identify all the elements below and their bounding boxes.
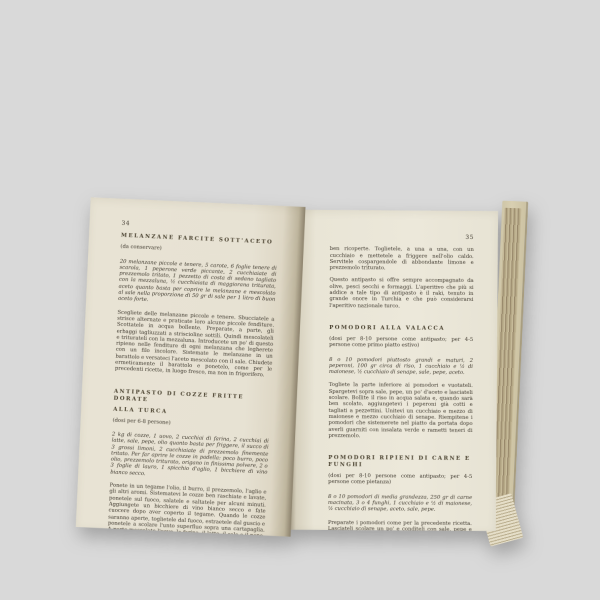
right-page: 35 ben ricoperte. Toglietele, a una a un… <box>290 210 498 531</box>
recipe-note-ripieni: (dosi per 8-10 persone come antipasto; p… <box>328 473 472 487</box>
recipe-ingredients-ripieni: 8 o 10 pomodori di media grandezza, 250 … <box>328 494 472 514</box>
photo-background: 34 MELANZANE FARCITE SOTT'ACETO (da cons… <box>0 0 600 600</box>
left-page: 34 MELANZANE FARCITE SOTT'ACETO (da cons… <box>76 197 306 536</box>
open-book: 34 MELANZANE FARCITE SOTT'ACETO (da cons… <box>74 195 517 539</box>
left-page-number: 34 <box>121 221 278 234</box>
recipe-ingredients-antipasto: 2 kg di cozze, 1 uovo, 2 cucchiai di far… <box>110 431 269 482</box>
continuation-paragraph-2: Questo antipasto si offre sempre accompa… <box>329 277 473 309</box>
recipe-title-ripieni: POMODORI RIPIENI DI CARNE E FUNGHI <box>328 455 472 470</box>
continuation-paragraph-1: ben ricoperte. Toglietele, a una a una, … <box>330 246 474 272</box>
right-page-number: 35 <box>330 234 474 241</box>
recipe-body-ripieni: Preparate i pomodori come per la precede… <box>328 520 472 532</box>
recipe-title-antipasto-line1: ANTIPASTO DI COZZE FRITTE DORATE <box>113 388 270 409</box>
recipe-note-valacca: (dosi per 8-10 persone come antipasto; p… <box>329 336 473 350</box>
recipe-body-melanzane: Scegliete delle melanzane piccole e tene… <box>115 309 275 379</box>
recipe-ingredients-melanzane: 20 melanzane piccole e tenere, 5 carote,… <box>118 258 277 309</box>
recipe-ingredients-valacca: 8 o 10 pomodori piuttosto grandi e matur… <box>329 356 473 376</box>
recipe-body-antipasto: Ponete in un tegame l'olio, il burro, il… <box>107 482 267 536</box>
recipe-title-valacca: POMODORI ALLA VALACCA <box>329 325 473 333</box>
recipe-body-valacca: Togliete la parte inferiore ai pomodori … <box>328 382 472 440</box>
